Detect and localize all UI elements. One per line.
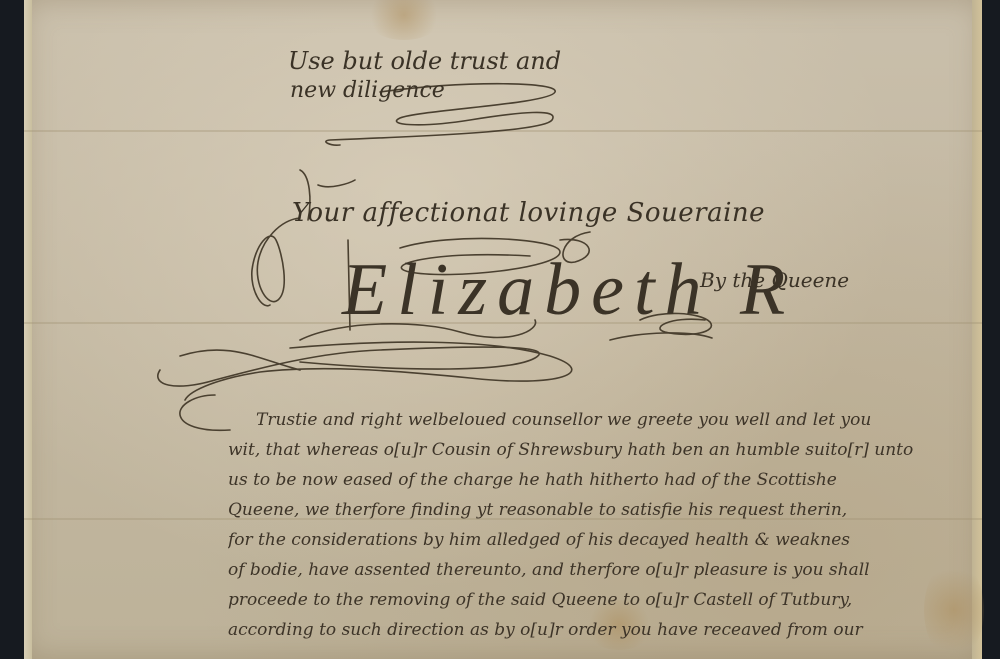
age-stain: [364, 0, 444, 40]
motto-line-2: new diligence: [290, 76, 561, 106]
motto-line-1: Use but olde trust and: [288, 46, 561, 76]
closing-salutation: Your affectionat lovinge Soueraine: [292, 198, 765, 228]
body-line: wit, that whereas o[u]r Cousin of Shrews…: [228, 435, 973, 465]
superscription: By the Queene: [700, 268, 849, 292]
body-line: Trustie and right welbeloued counsellor …: [256, 405, 1000, 435]
motto: Use but olde trust and new diligence: [288, 46, 561, 106]
body-line: proceede to the removing of the said Que…: [228, 585, 973, 615]
body-line: according to such direction as by o[u]r …: [228, 615, 973, 645]
body-line: Queene, we therfore finding yt reasonabl…: [228, 495, 973, 525]
parchment-left-edge: [24, 0, 32, 659]
letter-body: Trustie and right welbeloued counsellor …: [228, 405, 1000, 645]
body-line: us to be now eased of the charge he hath…: [228, 465, 973, 495]
fold-line: [24, 130, 982, 132]
body-line: of bodie, have assented thereunto, and t…: [228, 555, 973, 585]
photo-frame: Use but olde trust and new diligence You…: [0, 0, 1000, 659]
body-line: for the considerations by him alledged o…: [228, 525, 973, 555]
